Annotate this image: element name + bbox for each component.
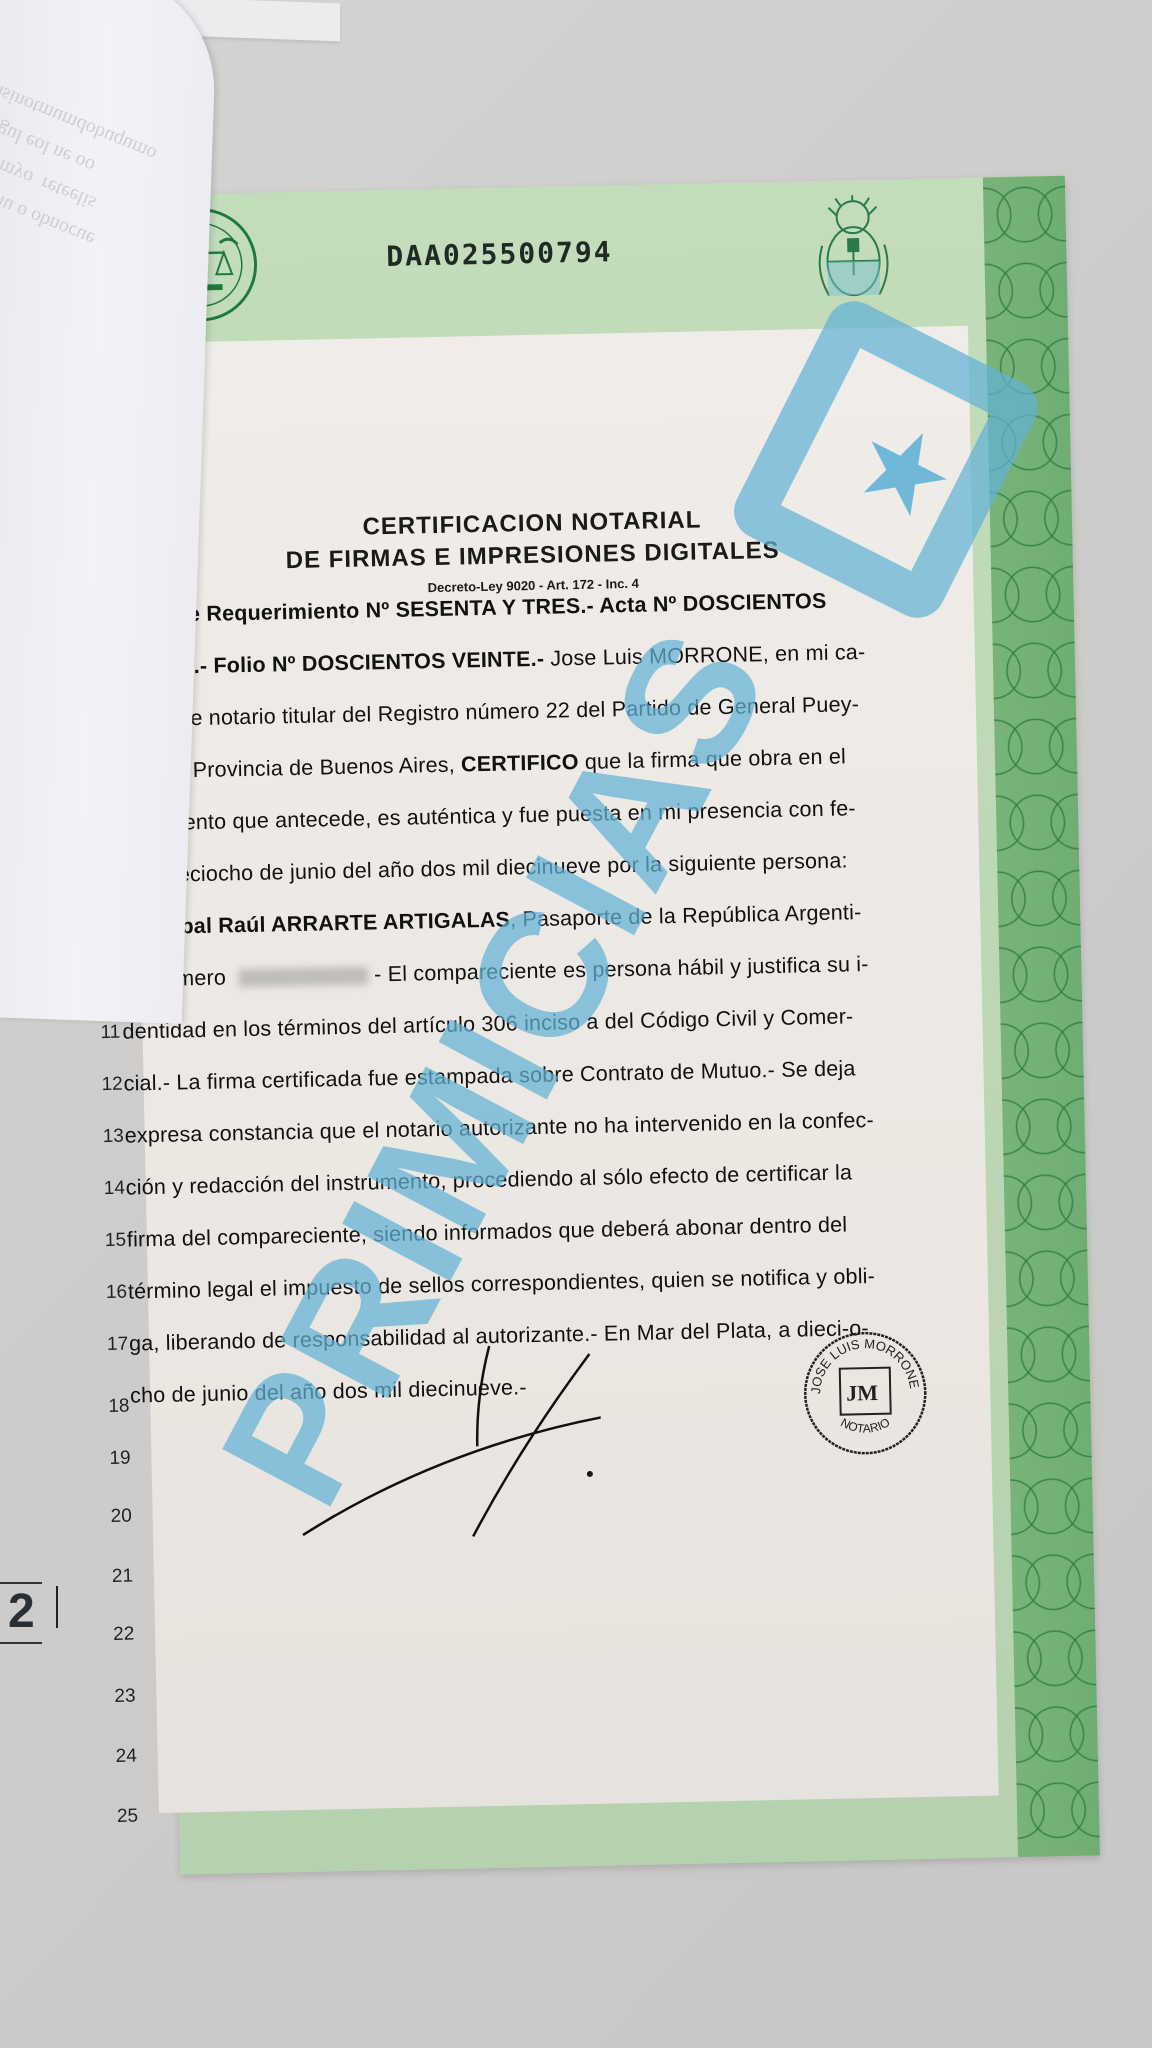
line-number: 22 <box>113 1624 135 1646</box>
text-line: dentidad en los términos del artículo 30… <box>122 1004 853 1044</box>
text-line: cial.- La firma certificada fue estampad… <box>123 1056 855 1096</box>
text-line: na número - El compareciente es persona … <box>121 952 869 993</box>
margin-annotation: 2 <box>0 1578 64 1648</box>
line-number: 20 <box>110 1506 132 1528</box>
text-line: rredon, Provincia de Buenos Aires, CERTI… <box>117 744 846 784</box>
see-through-text: zechmu o obnocue utnemyo reteelis augul … <box>0 42 175 265</box>
certificate-sheet: DAA025500794 CERTIFICACION NOTARIAL DE F… <box>145 176 1100 1875</box>
line-number: 21 <box>112 1566 134 1588</box>
text-line: término legal el impuesto de sellos corr… <box>128 1264 876 1305</box>
line-number: 12 <box>101 1074 123 1096</box>
handwritten-signature <box>239 1334 603 1551</box>
line-number: 24 <box>115 1746 137 1768</box>
text-line: firma del compareciente, siendo informad… <box>127 1213 848 1253</box>
line-number: 17 <box>107 1334 129 1356</box>
line-number: 18 <box>108 1396 130 1418</box>
line-number: 16 <box>106 1282 128 1304</box>
redacted-passport-number <box>238 967 368 988</box>
text-line: rácter de notario titular del Registro n… <box>116 692 860 733</box>
notary-stamp: JOSE LUIS MORRONE NOTARIO JM <box>799 1327 932 1460</box>
text-line: cha dieciocho de junio del año dos mil d… <box>119 848 848 888</box>
curled-page: zechmu o obnocue utnemyo reteelis augul … <box>0 0 218 1024</box>
text-line: expresa constancia que el notario autori… <box>124 1108 874 1149</box>
line-number: 23 <box>114 1686 136 1708</box>
serial-number: DAA025500794 <box>386 235 613 273</box>
line-number: 13 <box>102 1126 124 1148</box>
stamp-bottom-text: NOTARIO <box>838 1414 892 1436</box>
text-line: ción y redacción del instrumento, proced… <box>126 1160 853 1200</box>
text-line: VEINTE.- Folio Nº DOSCIENTOS VEINTE.- Jo… <box>115 640 866 681</box>
line-number: 25 <box>117 1806 139 1828</box>
line-number: 14 <box>104 1178 126 1200</box>
text-line: documento que antecede, es auténtica y f… <box>118 796 856 836</box>
text-line: 1) Anibal Raúl ARRARTE ARTIGALAS, Pasapo… <box>120 900 862 941</box>
stamp-monogram: JM <box>846 1380 879 1406</box>
line-number: 19 <box>109 1448 131 1470</box>
line-number: 11 <box>100 1022 120 1044</box>
line-number: 15 <box>105 1230 127 1252</box>
svg-text:NOTARIO: NOTARIO <box>838 1414 892 1436</box>
